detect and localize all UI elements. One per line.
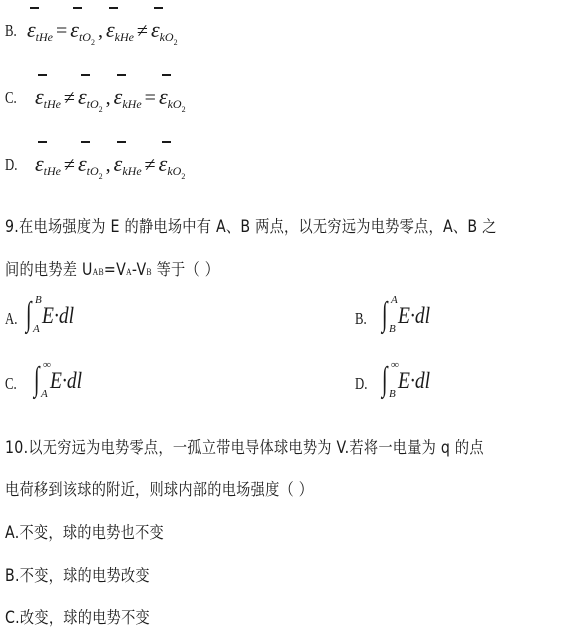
q10-option-a: A.不变，球的电势也不变 [5, 519, 164, 543]
q9-question-line2: 间的电势差 UAB=VA-VB 等于（ ） [5, 256, 219, 280]
option-label: B. [355, 309, 367, 329]
q10-option-c: C.改变，球的电势不变 [5, 604, 150, 627]
q10-question-line1: 10.以无穷远为电势零点，一孤立带电导体球电势为 V.若将一电量为 q 的点 [5, 434, 484, 458]
integral-expression: ∫ ∞ B E·dl [380, 361, 389, 399]
option-label: D. [5, 155, 17, 175]
option-label: A. [5, 309, 17, 329]
integral-expression: ∫ ∞ A E·dl [32, 361, 41, 399]
integral-icon: ∫ [382, 361, 388, 399]
option-formula: εtHe≠εtO2,εkHe=εkO2 [35, 84, 186, 110]
q10-question-line2: 电荷移到该球的附近，则球内部的电场强度（ ） [5, 476, 313, 500]
integral-icon: ∫ [26, 296, 32, 334]
option-label: D. [355, 374, 367, 394]
option-formula: εtHe≠εtO2,εkHe≠εkO2 [35, 151, 185, 177]
q10-option-b: B.不变，球的电势改变 [5, 562, 150, 586]
q9-question-line1: 9.在电场强度为 E 的静电场中有 A、B 两点，以无穷远为电势零点，A、B 之 [5, 213, 497, 237]
option-label: C. [5, 88, 17, 108]
integral-icon: ∫ [34, 361, 40, 399]
option-formula: εtHe=εtO2,εkHe≠εkO2 [27, 17, 178, 43]
integral-expression: ∫ B A E·dl [24, 296, 33, 334]
integral-expression: ∫ A B E·dl [380, 296, 389, 334]
integral-icon: ∫ [382, 296, 388, 334]
option-label: C. [5, 374, 17, 394]
option-label: B. [5, 21, 17, 41]
